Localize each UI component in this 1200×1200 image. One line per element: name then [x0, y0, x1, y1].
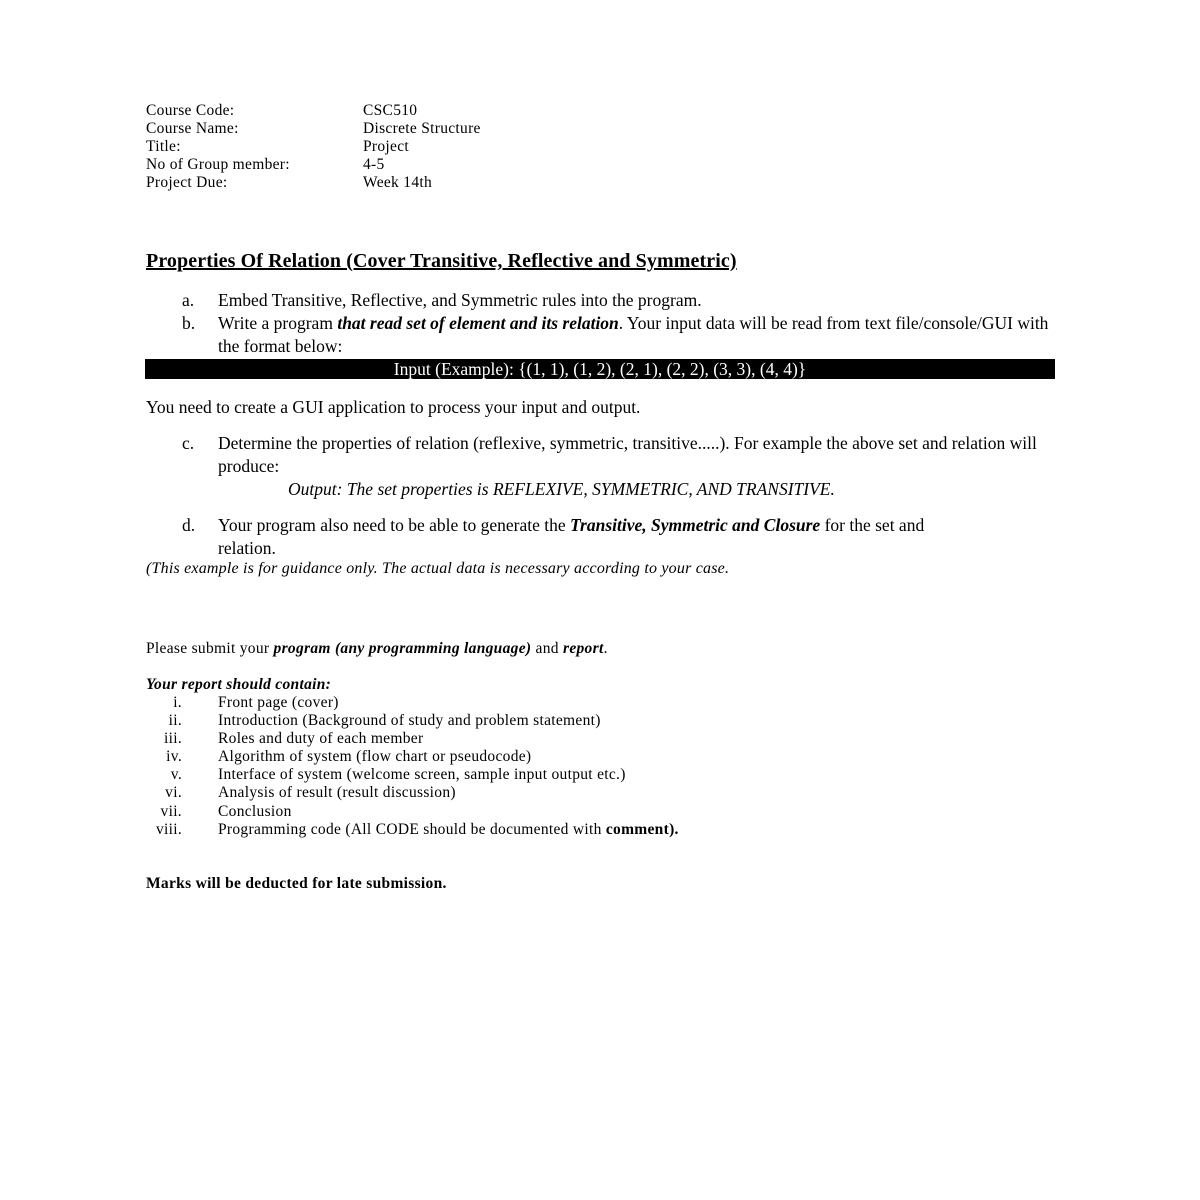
group-member-value: 4-5: [363, 156, 385, 174]
list-item-text: Interface of system (welcome screen, sam…: [218, 766, 626, 784]
task-item-d: d. Your program also need to be able to …: [146, 514, 1056, 560]
project-due-value: Week 14th: [363, 174, 432, 192]
list-item-text: Programming code (All CODE should be doc…: [218, 821, 679, 839]
submission-prefix: Please submit your: [146, 640, 274, 657]
submission-report: report: [563, 640, 604, 657]
task-marker-d: d.: [182, 514, 210, 537]
task-list-ab: a. Embed Transitive, Reflective, and Sym…: [146, 289, 1056, 358]
task-item-a: a. Embed Transitive, Reflective, and Sym…: [146, 289, 1056, 312]
task-marker-b: b.: [182, 312, 210, 335]
task-item-b: b. Write a program that read set of elem…: [146, 312, 1056, 358]
list-marker: vi.: [146, 784, 182, 802]
list-item: iii. Roles and duty of each member: [146, 730, 679, 748]
list-item-text: Analysis of result (result discussion): [218, 784, 456, 802]
list-marker: viii.: [146, 821, 182, 839]
course-code-label: Course Code:: [146, 102, 363, 120]
list-marker: i.: [146, 694, 182, 712]
list-item: v. Interface of system (welcome screen, …: [146, 766, 679, 784]
list-item: viii. Programming code (All CODE should …: [146, 821, 679, 839]
submission-instructions: Please submit your program (any programm…: [146, 640, 608, 658]
document-page: Course Code: CSC510 Course Name: Discret…: [146, 102, 1056, 192]
list-marker: v.: [146, 766, 182, 784]
task-list-c: c. Determine the properties of relation …: [146, 432, 1056, 501]
title-row: Title: Project: [146, 138, 1056, 156]
list-item-suffix: ).: [669, 821, 679, 838]
task-d-text-start: Your program also need to be able to gen…: [218, 515, 570, 535]
list-item: vi. Analysis of result (result discussio…: [146, 784, 679, 802]
title-label: Title:: [146, 138, 363, 156]
late-submission-notice: Marks will be deducted for late submissi…: [146, 875, 447, 893]
report-heading: Your report should contain:: [146, 676, 331, 694]
list-item-bold: comment: [606, 821, 669, 838]
task-text-d: Your program also need to be able to gen…: [218, 514, 1056, 560]
guidance-note: (This example is for guidance only. The …: [146, 560, 729, 578]
list-marker: vii.: [146, 803, 182, 821]
task-text-c: Determine the properties of relation (re…: [218, 432, 1056, 478]
group-member-label: No of Group member:: [146, 156, 363, 174]
course-code-value: CSC510: [363, 102, 417, 120]
list-item-text: Front page (cover): [218, 694, 339, 712]
task-marker-c: c.: [182, 432, 210, 455]
course-name-label: Course Name:: [146, 120, 363, 138]
list-marker: iv.: [146, 748, 182, 766]
task-marker-a: a.: [182, 289, 210, 312]
list-marker: ii.: [146, 712, 182, 730]
list-marker: iii.: [146, 730, 182, 748]
course-name-value: Discrete Structure: [363, 120, 481, 138]
submission-suffix: .: [604, 640, 608, 657]
course-name-row: Course Name: Discrete Structure: [146, 120, 1056, 138]
input-example-bar: Input (Example): {(1, 1), (1, 2), (2, 1)…: [145, 359, 1055, 379]
task-list-d: d. Your program also need to be able to …: [146, 514, 1056, 560]
list-item: iv. Algorithm of system (flow chart or p…: [146, 748, 679, 766]
project-due-row: Project Due: Week 14th: [146, 174, 1056, 192]
task-d-emphasis: Transitive, Symmetric and Closure: [570, 515, 820, 535]
list-item-text-start: Programming code (All CODE should be doc…: [218, 821, 606, 838]
project-due-label: Project Due:: [146, 174, 363, 192]
submission-program: program (any programming language): [274, 640, 532, 657]
course-info-table: Course Code: CSC510 Course Name: Discret…: [146, 102, 1056, 192]
task-text-b: Write a program that read set of element…: [218, 312, 1056, 358]
list-item-text: Conclusion: [218, 803, 292, 821]
list-item-text: Roles and duty of each member: [218, 730, 423, 748]
list-item: ii. Introduction (Background of study an…: [146, 712, 679, 730]
group-member-row: No of Group member: 4-5: [146, 156, 1056, 174]
gui-paragraph: You need to create a GUI application to …: [146, 396, 640, 419]
output-example: Output: The set properties is REFLEXIVE,…: [218, 478, 1056, 501]
submission-middle: and: [531, 640, 563, 657]
section-heading: Properties Of Relation (Cover Transitive…: [146, 250, 737, 273]
task-b-emphasis: that read set of element and its relatio…: [337, 313, 618, 333]
task-text-a: Embed Transitive, Reflective, and Symmet…: [218, 289, 1056, 312]
list-item-text: Algorithm of system (flow chart or pseud…: [218, 748, 531, 766]
task-item-c: c. Determine the properties of relation …: [146, 432, 1056, 501]
list-item: i. Front page (cover): [146, 694, 679, 712]
list-item-text: Introduction (Background of study and pr…: [218, 712, 601, 730]
list-item: vii. Conclusion: [146, 803, 679, 821]
course-code-row: Course Code: CSC510: [146, 102, 1056, 120]
title-value: Project: [363, 138, 409, 156]
report-contents-list: i. Front page (cover) ii. Introduction (…: [146, 694, 679, 839]
task-b-text-start: Write a program: [218, 313, 337, 333]
